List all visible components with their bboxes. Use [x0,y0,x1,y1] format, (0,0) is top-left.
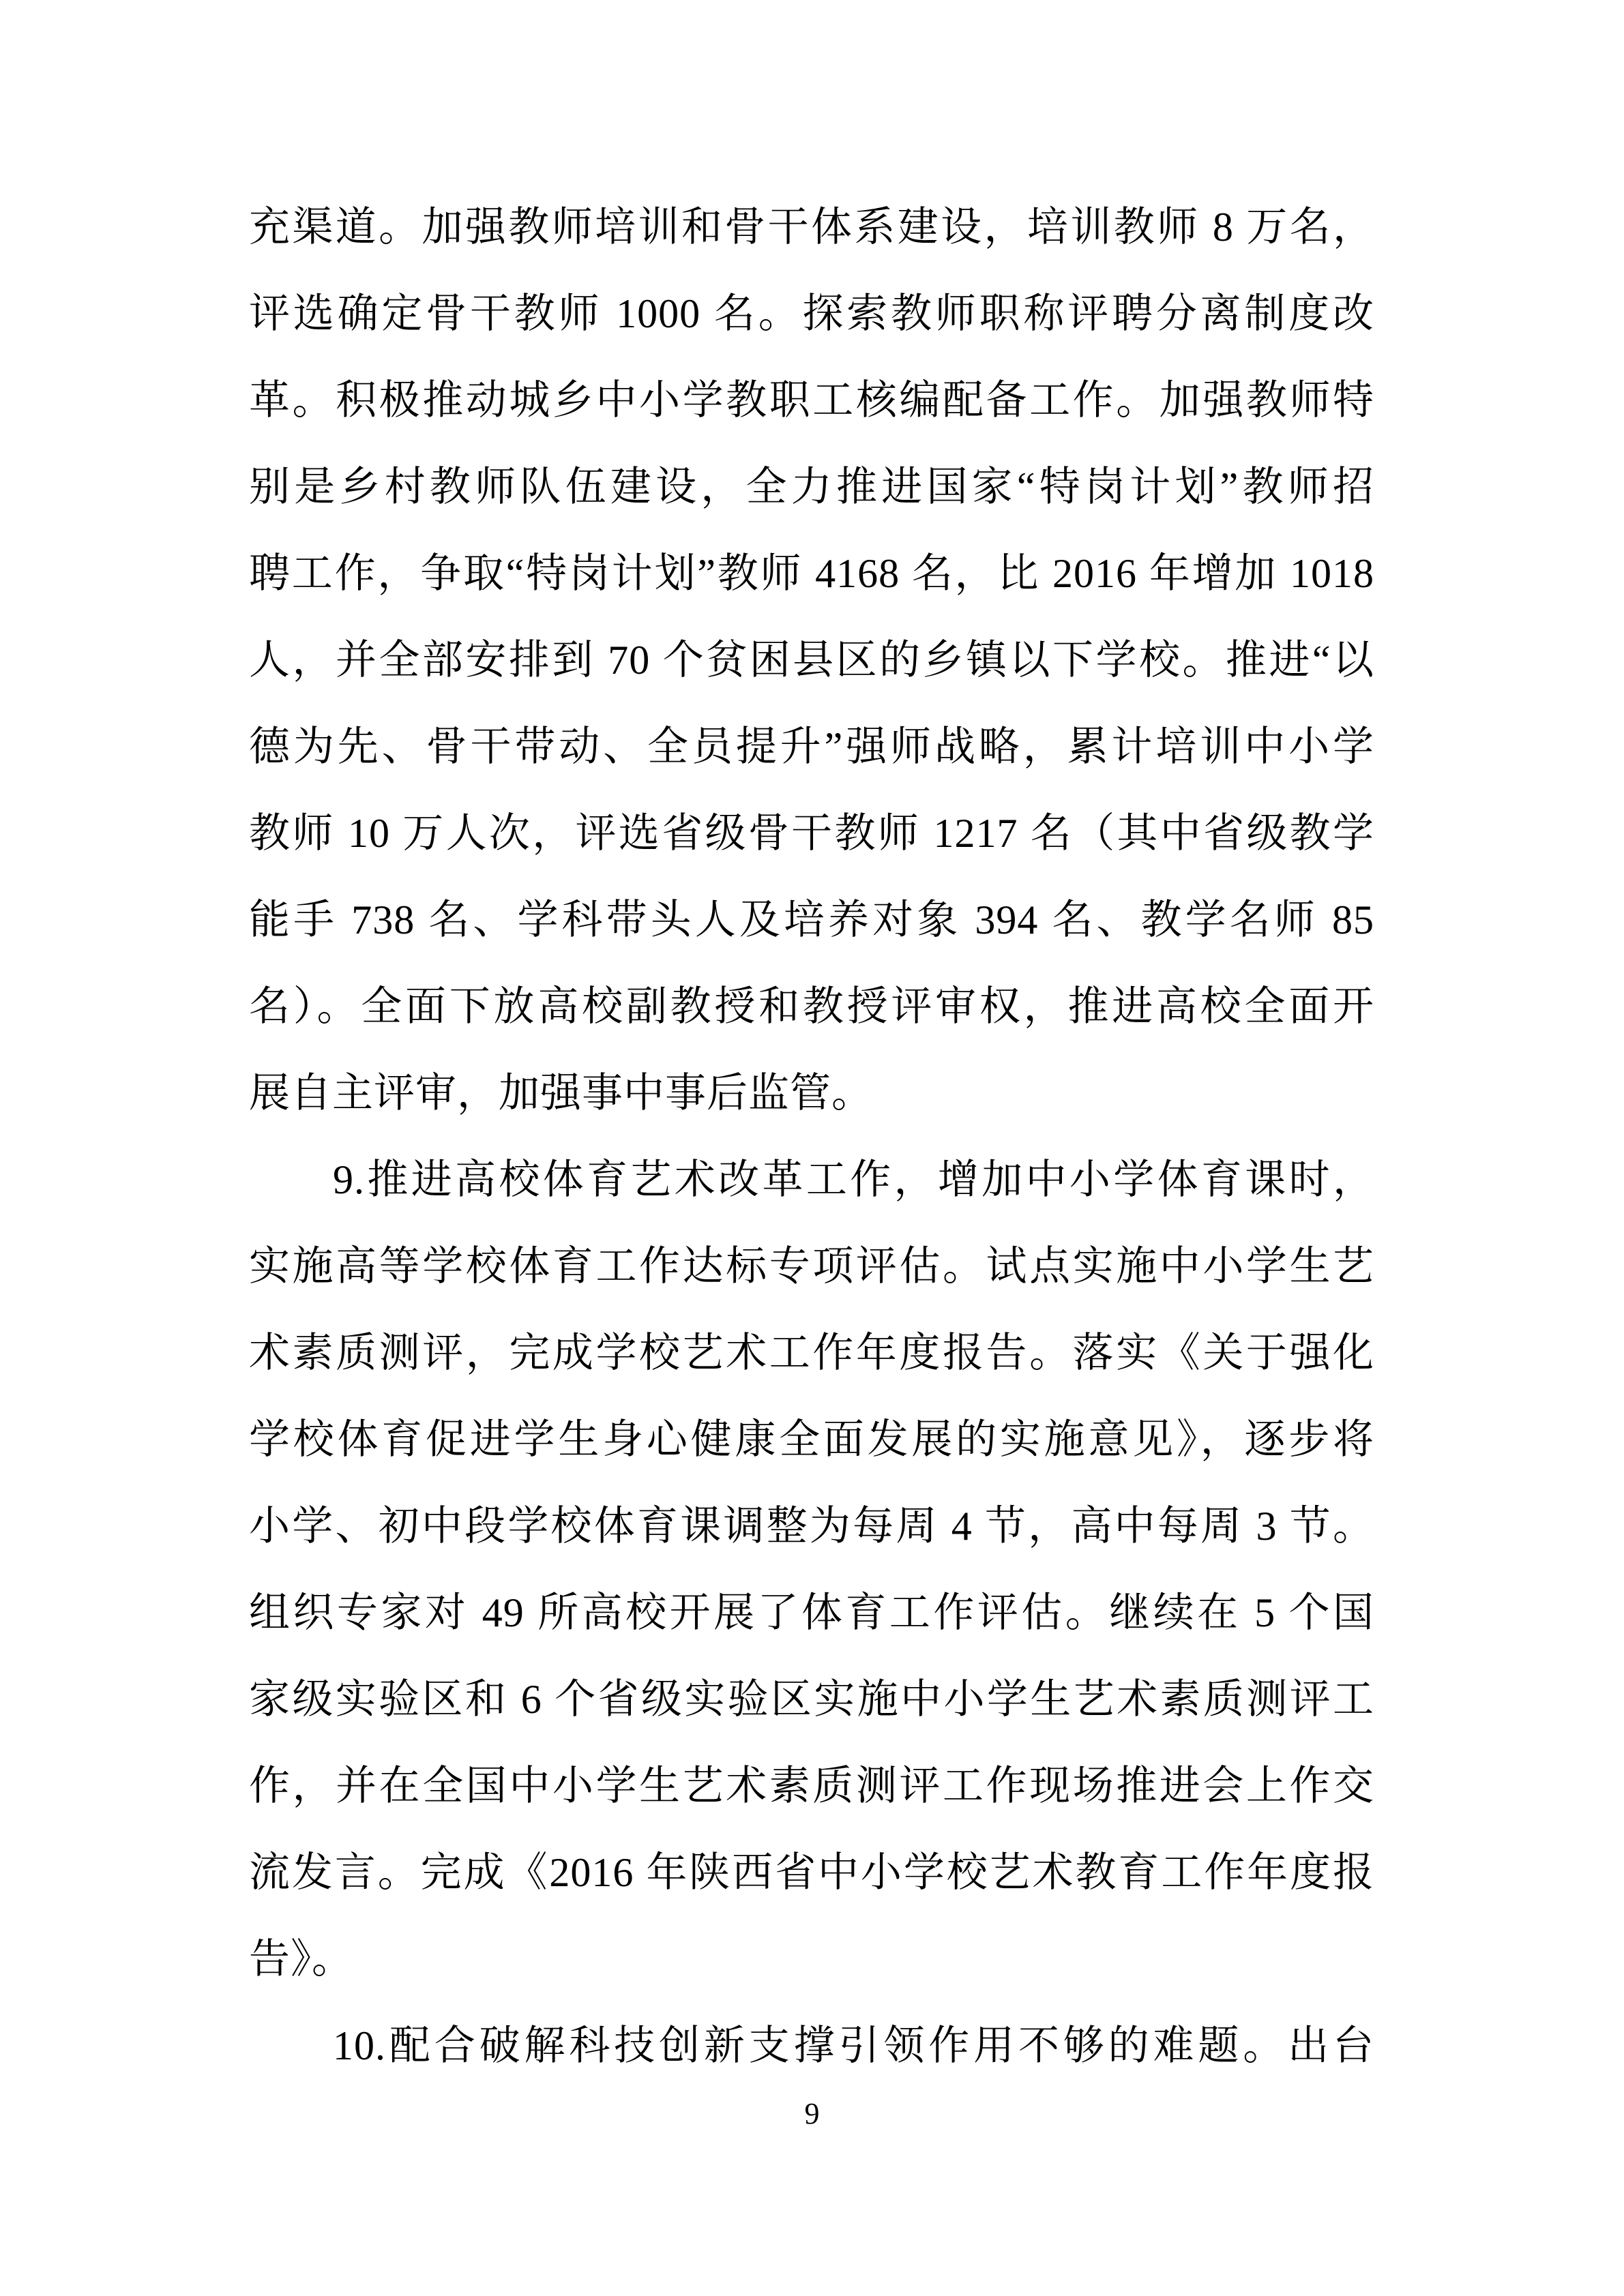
text-line: 学校体育促进学生身心健康全面发展的实施意见》，逐步将 [249,1397,1374,1483]
text-line: 评选确定骨干教师 1000 名。探索教师职称评聘分离制度改 [249,271,1374,357]
text-line: 名）。全面下放高校副教授和教授评审权，推进高校全面开 [249,964,1374,1050]
text-line: 术素质测评，完成学校艺术工作年度报告。落实《关于强化 [249,1310,1374,1397]
text-line: 聘工作，争取“特岗计划”教师 4168 名，比 2016 年增加 1018 [249,531,1374,617]
text-line: 教师 10 万人次，评选省级骨干教师 1217 名（其中省级教学 [249,790,1374,877]
text-line: 流发言。完成《2016 年陕西省中小学校艺术教育工作年度报 [249,1830,1374,1916]
text-line: 告》。 [249,1916,1374,2003]
text-line: 展自主评审，加强事中事后监管。 [249,1050,1374,1137]
document-page: 充渠道。加强教师培训和骨干体系建设，培训教师 8 万名， 评选确定骨干教师 10… [0,0,1624,2296]
text-line: 小学、初中段学校体育课调整为每周 4 节，高中每周 3 节。 [249,1483,1374,1570]
text-line: 人，并全部安排到 70 个贫困县区的乡镇以下学校。推进“以 [249,617,1374,704]
paragraph-start-line-9: 9.推进高校体育艺术改革工作，增加中小学体育课时， [249,1137,1374,1223]
text-block: 充渠道。加强教师培训和骨干体系建设，培训教师 8 万名， 评选确定骨干教师 10… [249,184,1374,2089]
text-line: 作，并在全国中小学生艺术素质测评工作现场推进会上作交 [249,1743,1374,1830]
text-line: 组织专家对 49 所高校开展了体育工作评估。继续在 5 个国 [249,1570,1374,1656]
text-line: 家级实验区和 6 个省级实验区实施中小学生艺术素质测评工 [249,1656,1374,1743]
text-line: 德为先、骨干带动、全员提升”强师战略，累计培训中小学 [249,704,1374,790]
text-line: 能手 738 名、学科带头人及培养对象 394 名、教学名师 85 [249,877,1374,964]
text-line: 别是乡村教师队伍建设，全力推进国家“特岗计划”教师招 [249,444,1374,531]
paragraph-start-line-10: 10.配合破解科技创新支撑引领作用不够的难题。出台 [249,2003,1374,2089]
page-number: 9 [0,2095,1624,2133]
text-line: 实施高等学校体育工作达标专项评估。试点实施中小学生艺 [249,1223,1374,1310]
text-line: 革。积极推动城乡中小学教职工核编配备工作。加强教师特 [249,357,1374,444]
text-line: 充渠道。加强教师培训和骨干体系建设，培训教师 8 万名， [249,184,1374,271]
